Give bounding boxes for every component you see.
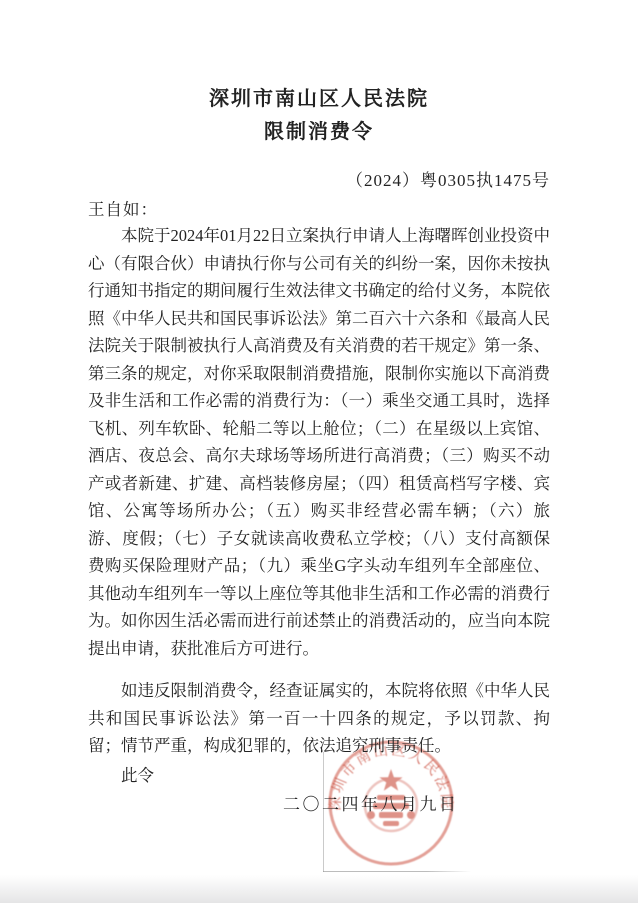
body-line: 本院于2024年01月22日立案执行申请人上海曙晖创业投资中 bbox=[88, 222, 550, 250]
addressee-name: 王自如： bbox=[88, 196, 158, 220]
body-line: 酒店、夜总会、高尔夫球场等场所进行高消费；（三）购买不动 bbox=[88, 442, 550, 470]
body-line: 飞机、列车软卧、轮船二等以上舱位；（二）在星级以上宾馆、 bbox=[88, 415, 550, 443]
body-line: 为。如你因生活必需而进行前述禁止的消费活动的，应当向本院 bbox=[88, 607, 550, 635]
body-line: 心（有限合伙）申请执行你与公司有关的纠纷一案，因你未按执 bbox=[88, 250, 550, 278]
body-line: 提出申请，获批准后方可进行。 bbox=[88, 635, 550, 663]
body-line: 其他动车组列车一等以上座位等其他非生活和工作必需的消费行 bbox=[88, 580, 550, 608]
body-line: 留；情节严重，构成犯罪的，依法追究刑事责任。 bbox=[88, 732, 550, 760]
issue-date: 二〇二四年八月九日 bbox=[283, 791, 459, 819]
issue-date-row: 二〇二四年八月九日 bbox=[88, 791, 550, 819]
body-line: 馆、公寓等场所办公；（五）购买非经营必需车辆；（六）旅 bbox=[88, 497, 550, 525]
body-line: 如违反限制消费令，经查证属实的，本院将依照《中华人民 bbox=[88, 677, 550, 705]
body-line: 费购买保险理财产品；（九）乘坐G字头动车组列车全部座位、 bbox=[88, 552, 550, 580]
paragraph-main: 本院于2024年01月22日立案执行申请人上海曙晖创业投资中 心（有限合伙）申请… bbox=[88, 222, 550, 662]
body-line: 及非生活和工作必需的消费行为：（一）乘坐交通工具时，选择 bbox=[88, 387, 550, 415]
body-line: 照《中华人民共和国民事诉讼法》第二百六十六条和《最高人民 bbox=[88, 305, 550, 333]
body-line: 第三条的规定，对你采取限制消费措施，限制你实施以下高消费 bbox=[88, 360, 550, 388]
document-page: 深圳市南山区人民法院 限制消费令 （2024）粤0305执1475号 王自如： … bbox=[0, 0, 638, 903]
page-bottom-shadow bbox=[0, 875, 638, 903]
body-line: 法院关于限制被执行人高消费及有关消费的若干规定》第一条、 bbox=[88, 332, 550, 360]
closing-phrase: 此令 bbox=[121, 762, 154, 790]
doc-title: 限制消费令 bbox=[0, 115, 638, 144]
paragraph-penalty: 如违反限制消费令，经查证属实的，本院将依照《中华人民 共和国民事诉讼法》第一百一… bbox=[88, 677, 550, 760]
body-line: 共和国民事诉讼法》第一百一十四条的规定，予以罚款、拘 bbox=[88, 705, 550, 733]
body-line: 行通知书指定的期间履行生效法律文书确定的给付义务，本院依 bbox=[88, 277, 550, 305]
body-line: 游、度假；（七）子女就读高收费私立学校；（八）支付高额保 bbox=[88, 525, 550, 553]
case-number: （2024）粤0305执1475号 bbox=[88, 166, 550, 191]
court-title: 深圳市南山区人民法院 bbox=[0, 82, 638, 111]
body-line: 产或者新建、扩建、高档装修房屋；（四）租赁高档写字楼、宾 bbox=[88, 470, 550, 498]
